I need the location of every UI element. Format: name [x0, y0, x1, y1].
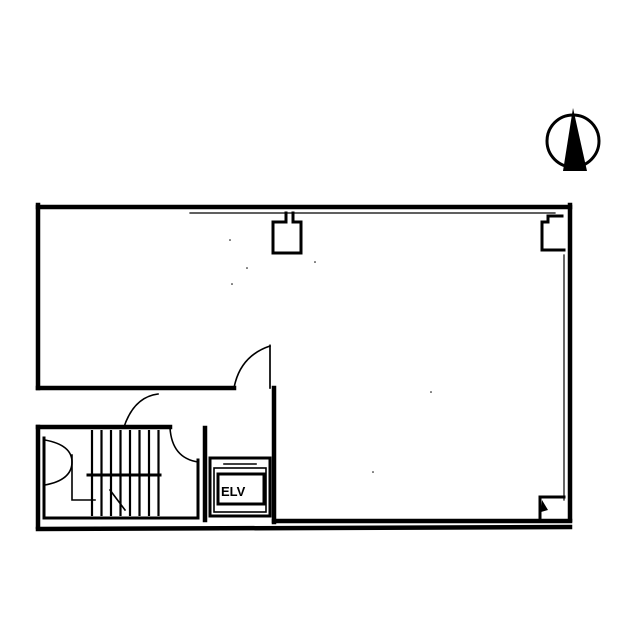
stair-treads — [92, 430, 159, 516]
doors — [124, 346, 270, 462]
column-top-right — [542, 216, 564, 250]
stair-landing-arc — [45, 440, 72, 485]
elevator-shaft: ELV — [210, 458, 270, 516]
elevator-label: ELV — [221, 484, 246, 499]
hall-door-swing — [170, 428, 198, 462]
staircase — [38, 427, 205, 527]
entrance-door-swing — [234, 346, 270, 388]
column-bottom-right-mark — [541, 500, 548, 512]
stair-door-swing — [124, 394, 158, 427]
structural-columns — [273, 213, 564, 518]
building-outline — [38, 205, 570, 529]
north-compass — [547, 108, 599, 171]
floor-plan: ELV — [0, 0, 630, 630]
column-top-center — [273, 213, 301, 253]
